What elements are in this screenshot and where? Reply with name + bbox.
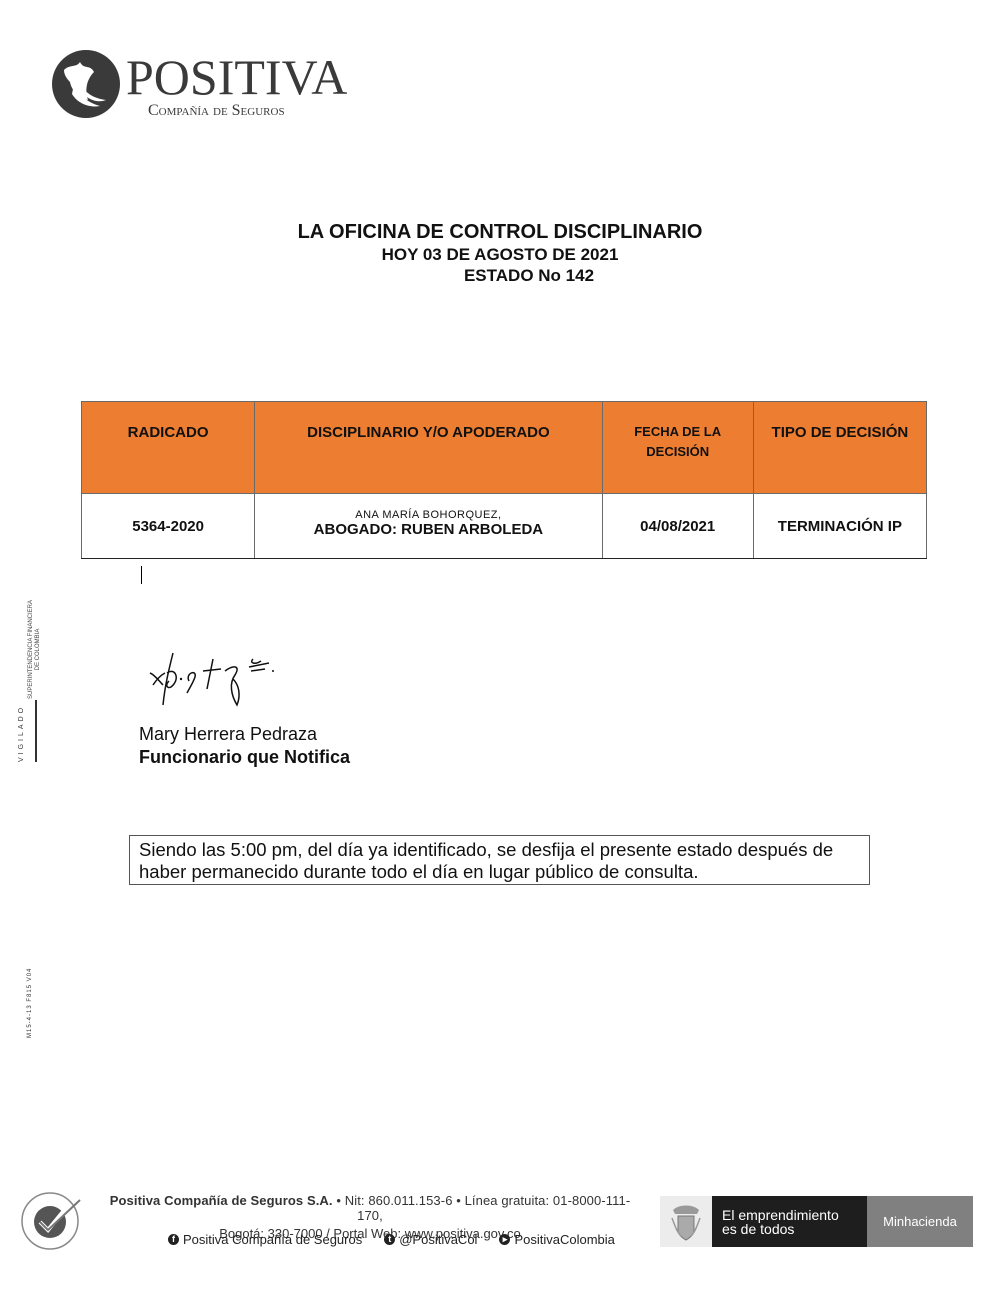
footer-company-name: Positiva Compañía de Seguros S.A. xyxy=(110,1193,333,1208)
header-tipo: TIPO DE DECISIÓN xyxy=(753,402,926,494)
signature-image xyxy=(145,645,345,715)
government-banner: El emprendimiento es de todos Minhaciend… xyxy=(660,1196,973,1247)
header-fecha-label: FECHA DE LA DECISIÓN xyxy=(628,422,728,462)
footer-nit: • Nit: 860.011.153-6 • Línea gratuita: 0… xyxy=(336,1193,630,1223)
cell-radicado: 5364-2020 xyxy=(82,494,255,559)
gov-slogan-line-1: El emprendimiento xyxy=(722,1208,867,1222)
vigilado-label: VIGILADO xyxy=(18,705,25,762)
social-facebook-label: Positiva Compañía de Seguros xyxy=(183,1232,362,1247)
positiva-logo: POSITIVA Compañía de Seguros xyxy=(50,46,340,121)
signer-name: Mary Herrera Pedraza xyxy=(139,724,317,745)
cell-disciplinario: ANA MARÍA BOHORQUEZ, ABOGADO: RUBEN ARBO… xyxy=(255,494,602,559)
estado-table: RADICADO DISCIPLINARIO Y/O APODERADO FEC… xyxy=(81,401,927,559)
youtube-icon: ▸ xyxy=(499,1234,510,1245)
logo-subtitle: Compañía de Seguros xyxy=(148,102,285,120)
vigilado-divider xyxy=(35,700,37,762)
facebook-icon: f xyxy=(168,1234,179,1245)
gov-slogan: El emprendimiento es de todos xyxy=(712,1196,867,1247)
table-header-row: RADICADO DISCIPLINARIO Y/O APODERADO FEC… xyxy=(82,402,927,494)
ministry-label: Minhacienda xyxy=(867,1196,973,1247)
document-header: LA OFICINA DE CONTROL DISCIPLINARIO HOY … xyxy=(0,220,1000,286)
social-responsibility-seal-icon xyxy=(18,1190,88,1252)
social-youtube-label: PositivaColombia xyxy=(514,1232,614,1247)
superintendencia-label: SUPERINTENDENCIA FINANCIERA DE COLOMBIA xyxy=(28,597,42,702)
social-twitter[interactable]: t @PositivaCol xyxy=(384,1232,477,1247)
social-twitter-label: @PositivaCol xyxy=(399,1232,477,1247)
apoderado-name: ABOGADO: RUBEN ARBOLEDA xyxy=(256,521,600,538)
estado-number: ESTADO No 142 xyxy=(0,265,1000,286)
header-fecha: FECHA DE LA DECISIÓN xyxy=(602,402,753,494)
desfijacion-notice: Siendo las 5:00 pm, del día ya identific… xyxy=(129,835,870,885)
social-youtube[interactable]: ▸ PositivaColombia xyxy=(499,1232,614,1247)
header-radicado: RADICADO xyxy=(82,402,255,494)
disciplinario-name: ANA MARÍA BOHORQUEZ, xyxy=(256,509,600,521)
cell-fecha: 04/08/2021 xyxy=(602,494,753,559)
footer-social-links: f Positiva Compañía de Seguros t @Positi… xyxy=(168,1232,615,1247)
coat-of-arms-icon xyxy=(669,1202,703,1242)
cell-tipo: TERMINACIÓN IP xyxy=(753,494,926,559)
date-line: HOY 03 DE AGOSTO DE 2021 xyxy=(0,244,1000,265)
logo-wordmark: POSITIVA xyxy=(126,52,347,102)
signer-role: Funcionario que Notifica xyxy=(139,747,350,768)
form-code-label: M15-4-13 F815 V04 xyxy=(27,968,33,1038)
office-title: LA OFICINA DE CONTROL DISCIPLINARIO xyxy=(0,220,1000,244)
header-disciplinario: DISCIPLINARIO Y/O APODERADO xyxy=(255,402,602,494)
positiva-logo-mark-icon xyxy=(50,48,122,120)
twitter-icon: t xyxy=(384,1234,395,1245)
social-facebook[interactable]: f Positiva Compañía de Seguros xyxy=(168,1232,362,1247)
colombia-coat-of-arms-icon xyxy=(660,1196,712,1247)
footer-line-1: Positiva Compañía de Seguros S.A. • Nit:… xyxy=(100,1193,640,1223)
table-row: 5364-2020 ANA MARÍA BOHORQUEZ, ABOGADO: … xyxy=(82,494,927,559)
text-cursor-mark xyxy=(141,566,142,584)
gov-slogan-line-2: es de todos xyxy=(722,1222,867,1236)
